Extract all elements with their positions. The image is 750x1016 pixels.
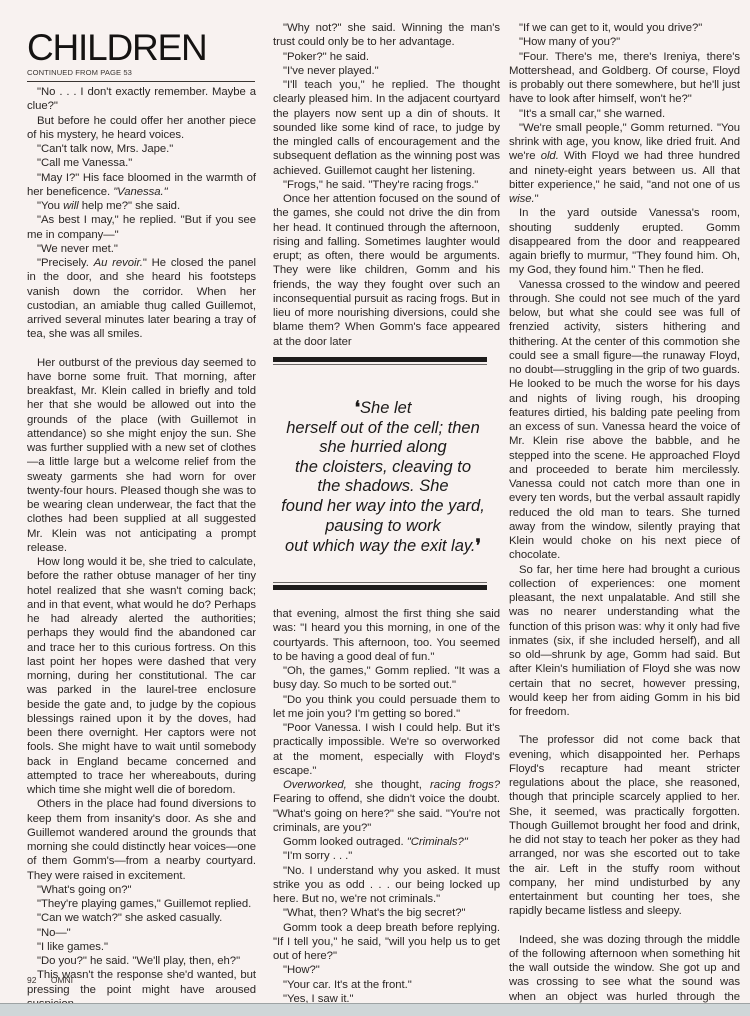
pull-quote-line: She let: [360, 399, 411, 417]
paragraph: "Can't talk now, Mrs. Jape.": [27, 142, 256, 156]
paragraph: "Do you think you could persuade them to…: [273, 693, 500, 722]
column-2-bottom-text: that evening, almost the first thing she…: [273, 607, 500, 1006]
paragraph: Her outburst of the previous day seemed …: [27, 356, 256, 556]
paragraph: "Why not?" she said. Winning the man's t…: [273, 21, 500, 50]
magazine-name: OMNI: [51, 975, 73, 985]
magazine-page: CHILDREN CONTINUED FROM PAGE 53 "No . . …: [0, 0, 750, 1003]
paragraph: "Oh, the games," Gomm replied. "It was a…: [273, 664, 500, 693]
pull-quote-line: herself out of the cell; then: [273, 419, 493, 439]
pull-quote-bottom-rule-thin: [273, 582, 487, 583]
paragraph: "I'm sorry . . .": [273, 849, 500, 863]
pull-quote-line: found her way into the yard,: [273, 497, 493, 517]
paragraph: "As best I may," he replied. "But if you…: [27, 213, 256, 242]
paragraph: "May I?" His face bloomed in the warmth …: [27, 171, 256, 200]
column-1: CHILDREN CONTINUED FROM PAGE 53 "No . . …: [27, 0, 256, 1011]
paragraph: "No. I understand why you asked. It must…: [273, 864, 500, 907]
pull-quote-line: she hurried along: [273, 438, 493, 458]
paragraph: Overworked, she thought, racing frogs? F…: [273, 778, 500, 835]
paragraph: "If we can get to it, would you drive?": [509, 21, 740, 35]
paragraph: But before he could offer her another pi…: [27, 114, 256, 143]
paragraph: "It's a small car," she warned.: [509, 107, 740, 121]
paragraph: "I'll teach you," he replied. The though…: [273, 78, 500, 178]
paragraph: Once her attention focused on the sound …: [273, 192, 500, 349]
pull-quote-line: the shadows. She: [273, 477, 493, 497]
pull-quote: ❛She let herself out of the cell; then s…: [273, 398, 493, 557]
paragraph: How long would it be, she tried to calcu…: [27, 555, 256, 797]
paragraph: "No . . . I don't exactly remember. Mayb…: [27, 85, 256, 114]
continued-line: CONTINUED FROM PAGE 53: [27, 68, 255, 82]
folio: 92 OMNI: [27, 975, 73, 985]
column-3-text: "If we can get to it, would you drive?""…: [509, 21, 740, 1016]
paragraph: "We're small people," Gomm returned. "Yo…: [509, 121, 740, 207]
paragraph: "No—": [27, 926, 256, 940]
paragraph: "Poor Vanessa. I wish I could help. But …: [273, 721, 500, 778]
paragraph: The professor did not come back that eve…: [509, 733, 740, 918]
paragraph: In the yard outside Vanessa's room, shou…: [509, 206, 740, 277]
paragraph: Gomm looked outraged. "Criminals?": [273, 835, 500, 849]
page-edge: [0, 1003, 750, 1016]
page-number: 92: [27, 975, 36, 985]
pull-quote-line: out which way the exit lay.: [285, 537, 475, 555]
paragraph: "What's going on?": [27, 883, 256, 897]
paragraph: "What, then? What's the big secret?": [273, 906, 500, 920]
close-quote-icon: ❜: [475, 536, 480, 555]
paragraph: that evening, almost the first thing she…: [273, 607, 500, 664]
paragraph: "How?": [273, 963, 500, 977]
pull-quote-line: the cloisters, cleaving to: [273, 458, 493, 478]
paragraph: "Poker?" he said.: [273, 50, 500, 64]
column-1-text: "No . . . I don't exactly remember. Mayb…: [27, 85, 256, 1011]
paragraph: "Your car. It's at the front.": [273, 978, 500, 992]
paragraph: "Can we watch?" she asked casually.: [27, 911, 256, 925]
paragraph: Gomm took a deep breath before replying.…: [273, 921, 500, 964]
paragraph: "Precisely. Au revoir." He closed the pa…: [27, 256, 256, 342]
pull-quote-line: pausing to work: [273, 517, 493, 537]
paragraph: Others in the place had found diversions…: [27, 797, 256, 883]
paragraph: "Four. There's me, there's Ireniya, ther…: [509, 50, 740, 107]
paragraph: "I've never played.": [273, 64, 500, 78]
pull-quote-top-rule-thin: [273, 364, 487, 365]
paragraph: "You will help me?" she said.: [27, 199, 256, 213]
paragraph: "We never met.": [27, 242, 256, 256]
paragraph: So far, her time here had brought a curi…: [509, 563, 740, 720]
paragraph: "They're playing games," Guillemot repli…: [27, 897, 256, 911]
paragraph: "Call me Vanessa.": [27, 156, 256, 170]
paragraph: "How many of you?": [509, 35, 740, 49]
pull-quote-bottom-rule: [273, 585, 487, 590]
column-2-top-text: "Why not?" she said. Winning the man's t…: [273, 21, 500, 349]
paragraph: "Frogs," he said. "They're racing frogs.…: [273, 178, 500, 192]
paragraph: "Do you?" he said. "We'll play, then, eh…: [27, 954, 256, 968]
pull-quote-top-rule: [273, 357, 487, 362]
paragraph: Vanessa crossed to the window and peered…: [509, 278, 740, 563]
paragraph: "I like games.": [27, 940, 256, 954]
article-title: CHILDREN: [27, 29, 256, 67]
